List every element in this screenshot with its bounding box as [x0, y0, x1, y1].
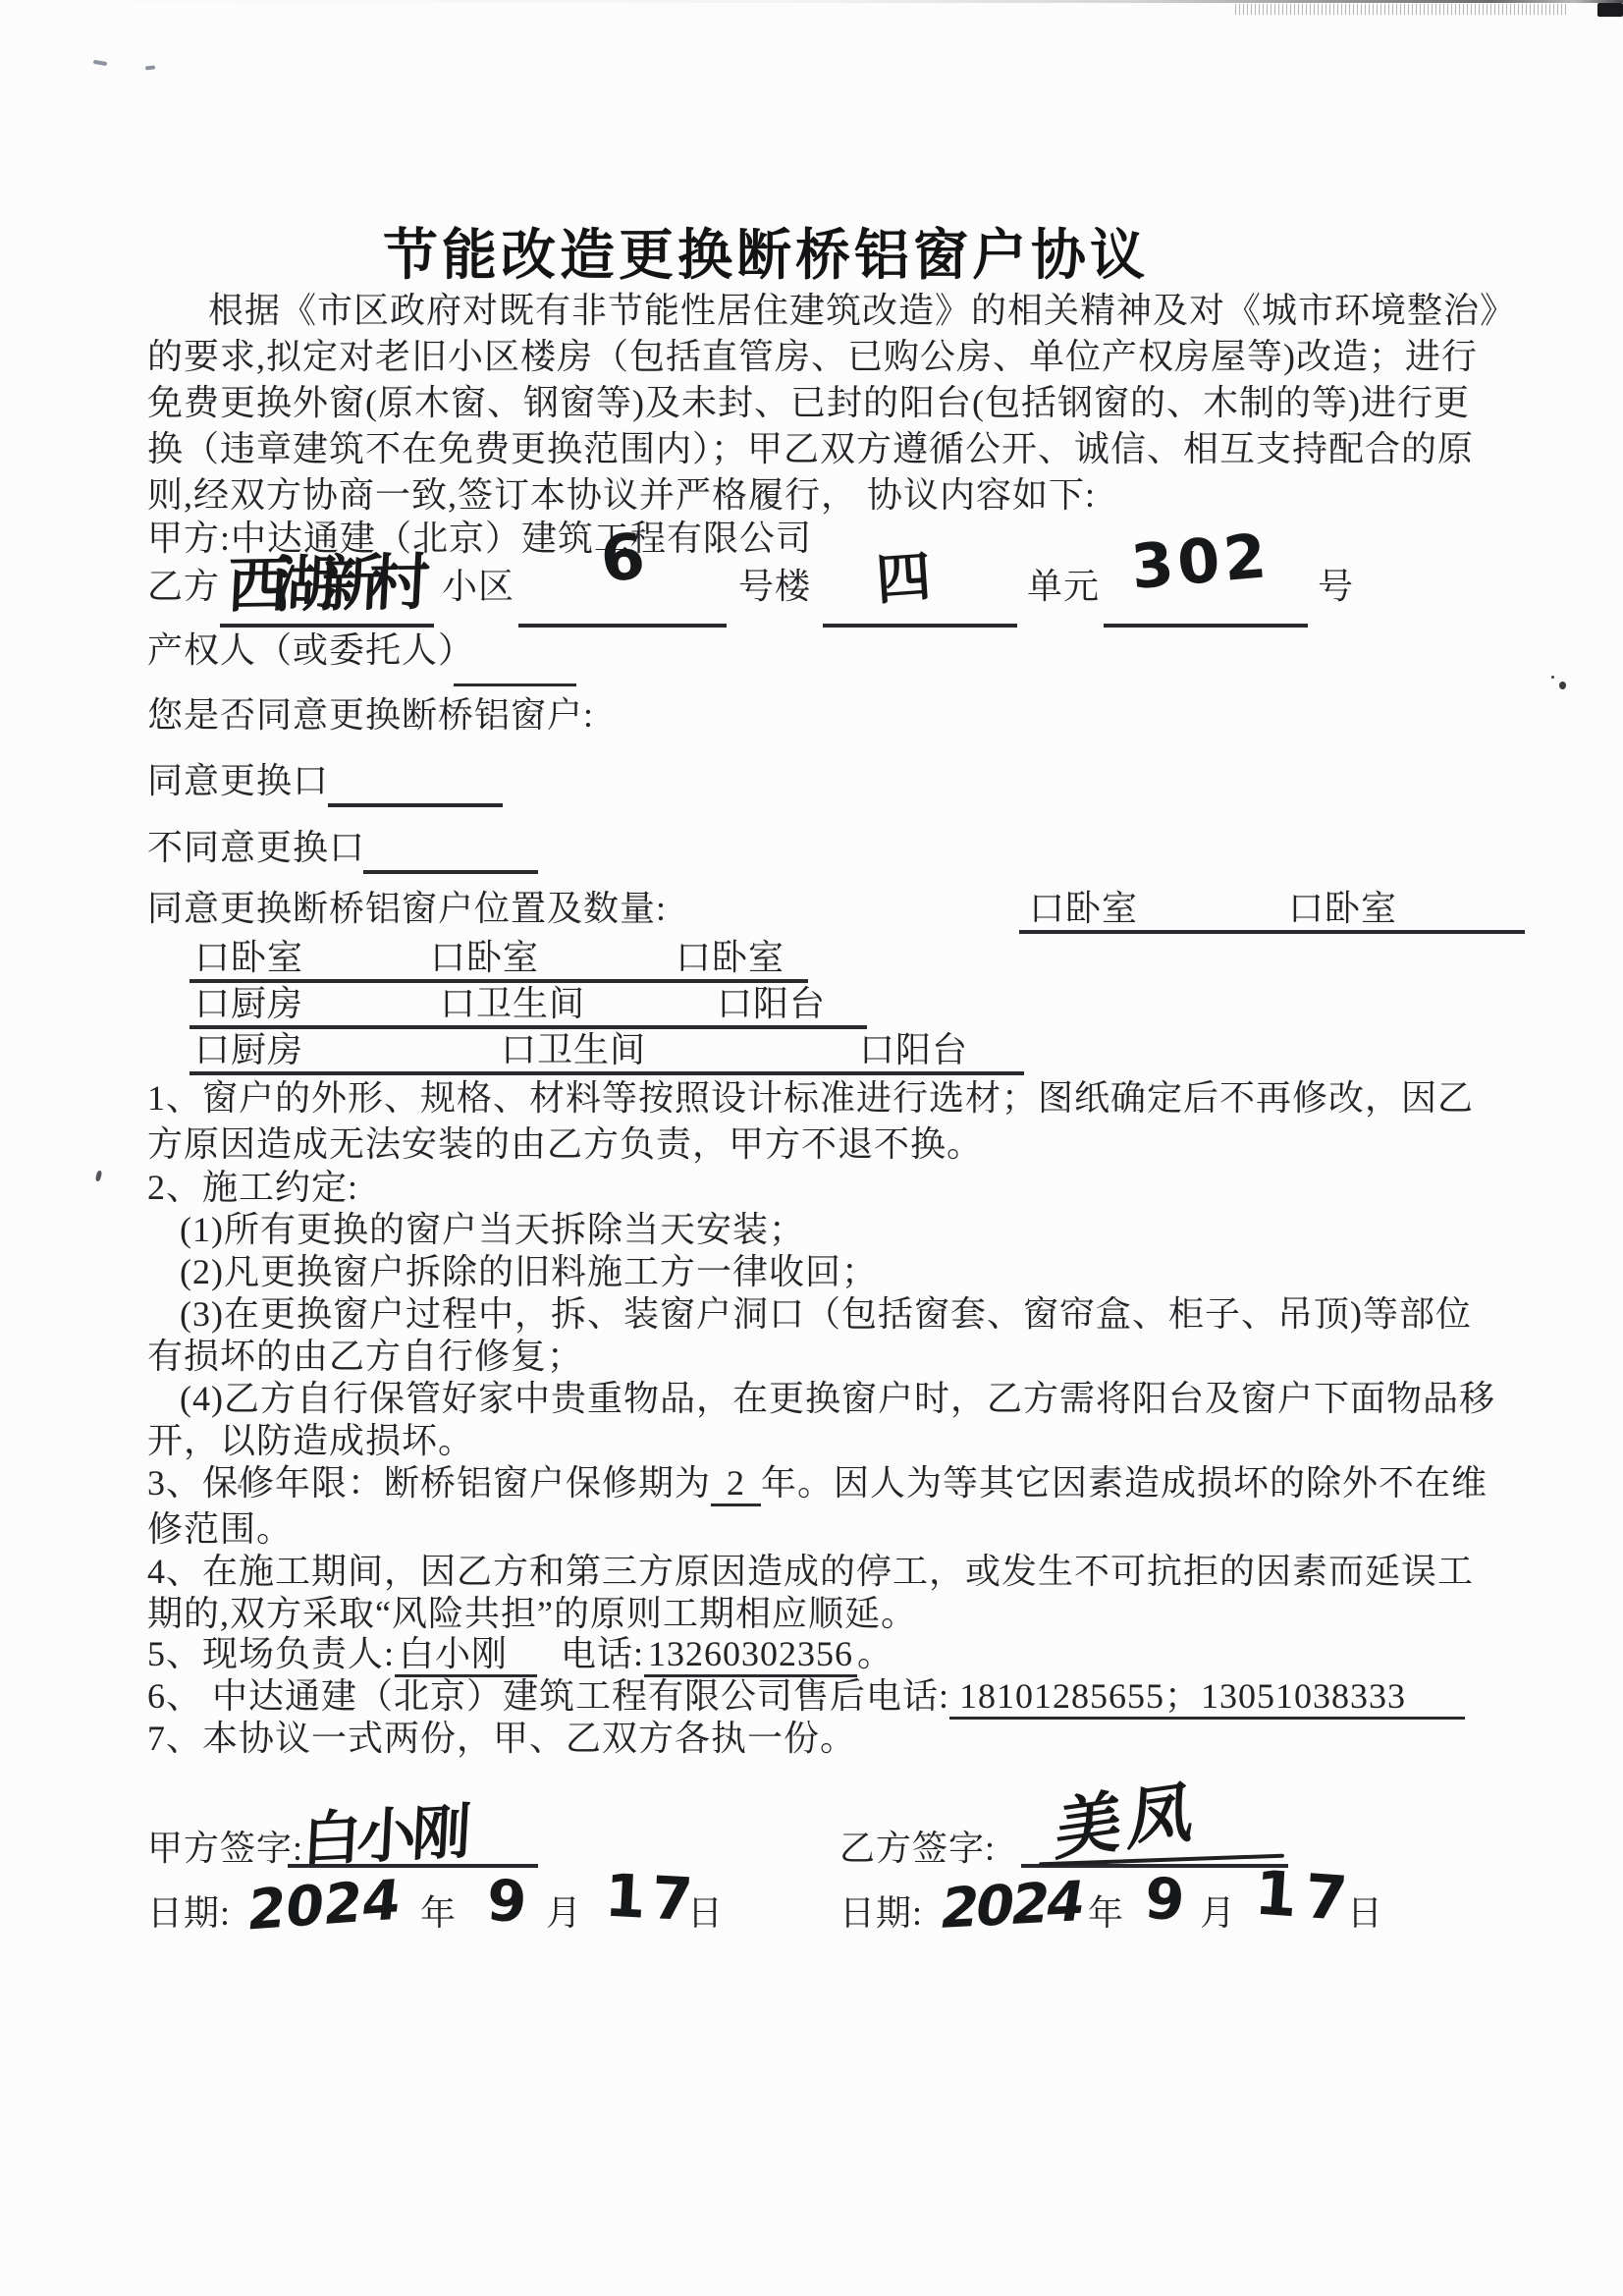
party-b-signature-label: 乙方签字: — [839, 1829, 996, 1869]
term-4-line-1: 4、在施工期间，因乙方和第三方原因造成的停工，或发生不可抗拒的因素而延误工 — [147, 1552, 1474, 1592]
date-b-day-handwritten: 17 — [1253, 1857, 1358, 1936]
term-3-line-1: 3、保修年限：断桥铝窗户保修期为2年。因人为等其它因素造成损坏的除外不在维 — [147, 1463, 1488, 1506]
blank-line-agree — [328, 803, 503, 807]
term-1-line-2: 方原因造成无法安装的由乙方负责，甲方不退不换。 — [147, 1124, 983, 1165]
term-5-pre: 5、现场负责人: — [147, 1634, 395, 1674]
position-item: 口卧室 — [194, 938, 303, 978]
term-2-header: 2、施工约定: — [147, 1168, 358, 1208]
date-b-day-suffix: 日 — [1347, 1893, 1383, 1934]
date-b-month-handwritten: 9 — [1142, 1864, 1187, 1934]
term-3-pre: 3、保修年限：断桥铝窗户保修期为 — [147, 1463, 711, 1503]
scan-artifact-dust — [1551, 676, 1554, 679]
blank-line-room — [1104, 624, 1308, 628]
term-2-item-2: (2)凡更换窗户拆除的旧料施工方一律收回； — [180, 1252, 878, 1292]
page-title: 节能改造更换断桥铝窗户协议 — [0, 212, 1532, 291]
date-b-year-handwritten: 2024 — [936, 1870, 1087, 1941]
blank-line-positions-row3 — [189, 1071, 1024, 1075]
agree-option: 同意更换口 — [147, 761, 329, 801]
position-item: 口卧室 — [1029, 889, 1138, 929]
term-5-phone-label: 电话: — [561, 1634, 644, 1674]
term-2-item-3-line-1: (3)在更换窗户过程中，拆、装窗户洞口（包括窗套、窗帘盒、柜子、吊顶)等部位 — [180, 1294, 1472, 1335]
disagree-option: 不同意更换口 — [147, 828, 365, 868]
party-b-community-suffix: 小区 — [442, 567, 514, 607]
party-b-room-suffix: 号 — [1318, 567, 1354, 607]
blank-line-unit — [823, 624, 1017, 628]
position-item: 口阳台 — [859, 1030, 968, 1070]
site-manager-phone: 13260302356 — [644, 1634, 857, 1677]
term-4-line-2: 期的,双方采取“风险共担”的原则工期相应顺延。 — [147, 1594, 917, 1634]
date-a-month-suffix: 月 — [546, 1893, 582, 1934]
blank-line-positions-row0 — [1019, 930, 1525, 934]
intro-line-3: 免费更换外窗(原木窗、钢窗等)及未封、已封的阳台(包括钢窗的、木制的等)进行更 — [147, 383, 1470, 423]
scan-artifact-dust — [1559, 682, 1566, 689]
term-6-line: 6、 中达通建（北京）建筑工程有限公司售后电话:18101285655；1305… — [147, 1676, 1465, 1720]
position-item: 口卧室 — [676, 938, 784, 978]
position-item: 口阳台 — [717, 984, 826, 1024]
intro-line-4: 换（违章建筑不在免费更换范围内）；甲乙双方遵循公开、诚信、相互支持配合的原 — [147, 429, 1474, 469]
position-item: 口卧室 — [430, 938, 539, 978]
blank-line-positions-row1 — [189, 979, 808, 983]
blank-line-owner — [454, 683, 576, 686]
blank-line-building — [518, 624, 727, 628]
blank-line-community — [220, 624, 434, 628]
scan-artifact-mark — [93, 60, 107, 66]
term-3-post: 年。因人为等其它因素造成损坏的除外不在维 — [761, 1463, 1488, 1503]
position-item: 口卧室 — [1288, 889, 1397, 929]
date-a-year-suffix: 年 — [420, 1893, 457, 1934]
term-2-item-3-line-2: 有损坏的由乙方自行修复； — [147, 1337, 583, 1377]
term-1-line-1: 1、窗户的外形、规格、材料等按照设计标准进行选材；图纸确定后不再修改，因乙 — [147, 1078, 1474, 1119]
date-a-year-handwritten: 2024 — [244, 1868, 404, 1943]
term-7-line: 7、本协议一式两份，甲、乙双方各执一份。 — [147, 1719, 856, 1759]
positions-header: 同意更换断桥铝窗户位置及数量: — [147, 889, 667, 929]
position-item: 口卫生间 — [440, 984, 585, 1024]
date-a-month-handwritten: 9 — [485, 1867, 529, 1937]
term-2-item-4-line-2: 开，以防造成损坏。 — [147, 1421, 474, 1461]
intro-line-1: 根据《市区政府对既有非节能性居住建筑改造》的相关精神及对《城市环境整治》 — [208, 291, 1516, 331]
party-b-room-handwritten: 302 — [1128, 519, 1272, 603]
term-5-end: 。 — [857, 1634, 893, 1674]
aftersales-phones: 18101285655；13051038333 — [949, 1676, 1465, 1720]
position-item: 口厨房 — [194, 984, 303, 1024]
party-b-building-handwritten: 6 — [597, 520, 648, 597]
party-a-signature-label: 甲方签字: — [147, 1829, 303, 1869]
blank-line-disagree — [363, 870, 538, 874]
term-3-line-2: 修范围。 — [147, 1509, 293, 1550]
scan-artifact-mark — [145, 65, 155, 70]
date-b-label: 日期: — [839, 1893, 923, 1934]
intro-line-5: 则,经双方协商一致,签订本协议并严格履行， 协议内容如下: — [147, 475, 1096, 516]
blank-line-positions-row2 — [189, 1025, 867, 1029]
position-item: 口厨房 — [194, 1030, 303, 1070]
date-b-year-suffix: 年 — [1088, 1893, 1124, 1934]
term-6-pre: 6、 中达通建（北京）建筑工程有限公司售后电话: — [147, 1676, 949, 1717]
scan-artifact-top-line — [0, 0, 1623, 3]
warranty-years-value: 2 — [711, 1463, 761, 1506]
owner-label: 产权人（或委托人） — [147, 630, 474, 671]
term-5-line: 5、现场负责人:白小刚电话:13260302356。 — [147, 1634, 893, 1677]
term-2-item-1: (1)所有更换的窗户当天拆除当天安装； — [180, 1210, 805, 1250]
date-a-label: 日期: — [147, 1893, 231, 1934]
party-b-community-handwritten: 西湖新村 — [226, 533, 419, 624]
date-b-month-suffix: 月 — [1200, 1893, 1236, 1934]
scan-artifact-dust — [95, 1171, 103, 1182]
position-item: 口卫生间 — [501, 1030, 646, 1070]
site-manager-name: 白小刚 — [395, 1634, 537, 1677]
question-line: 您是否同意更换断桥铝窗户: — [147, 695, 594, 736]
intro-line-2: 的要求,拟定对老旧小区楼房（包括直管房、已购公房、单位产权房屋等)改造；进行 — [147, 337, 1478, 377]
term-2-item-4-line-1: (4)乙方自行保管好家中贵重物品，在更换窗户时，乙方需将阳台及窗户下面物品移 — [180, 1379, 1495, 1419]
party-b-label: 乙方 — [147, 567, 220, 607]
date-a-day-suffix: 日 — [687, 1893, 724, 1934]
scan-artifact-scratches — [1235, 4, 1569, 15]
scanned-agreement-page: 节能改造更换断桥铝窗户协议 根据《市区政府对既有非节能性居住建筑改造》的相关精神… — [0, 0, 1623, 2296]
date-a-day-handwritten: 17 — [603, 1862, 700, 1936]
party-b-unit-handwritten: 四 — [873, 533, 933, 616]
party-b-unit-suffix: 单元 — [1027, 567, 1100, 607]
party-b-building-suffix: 号楼 — [738, 567, 811, 607]
scan-artifact-corner-blob — [1597, 3, 1623, 17]
